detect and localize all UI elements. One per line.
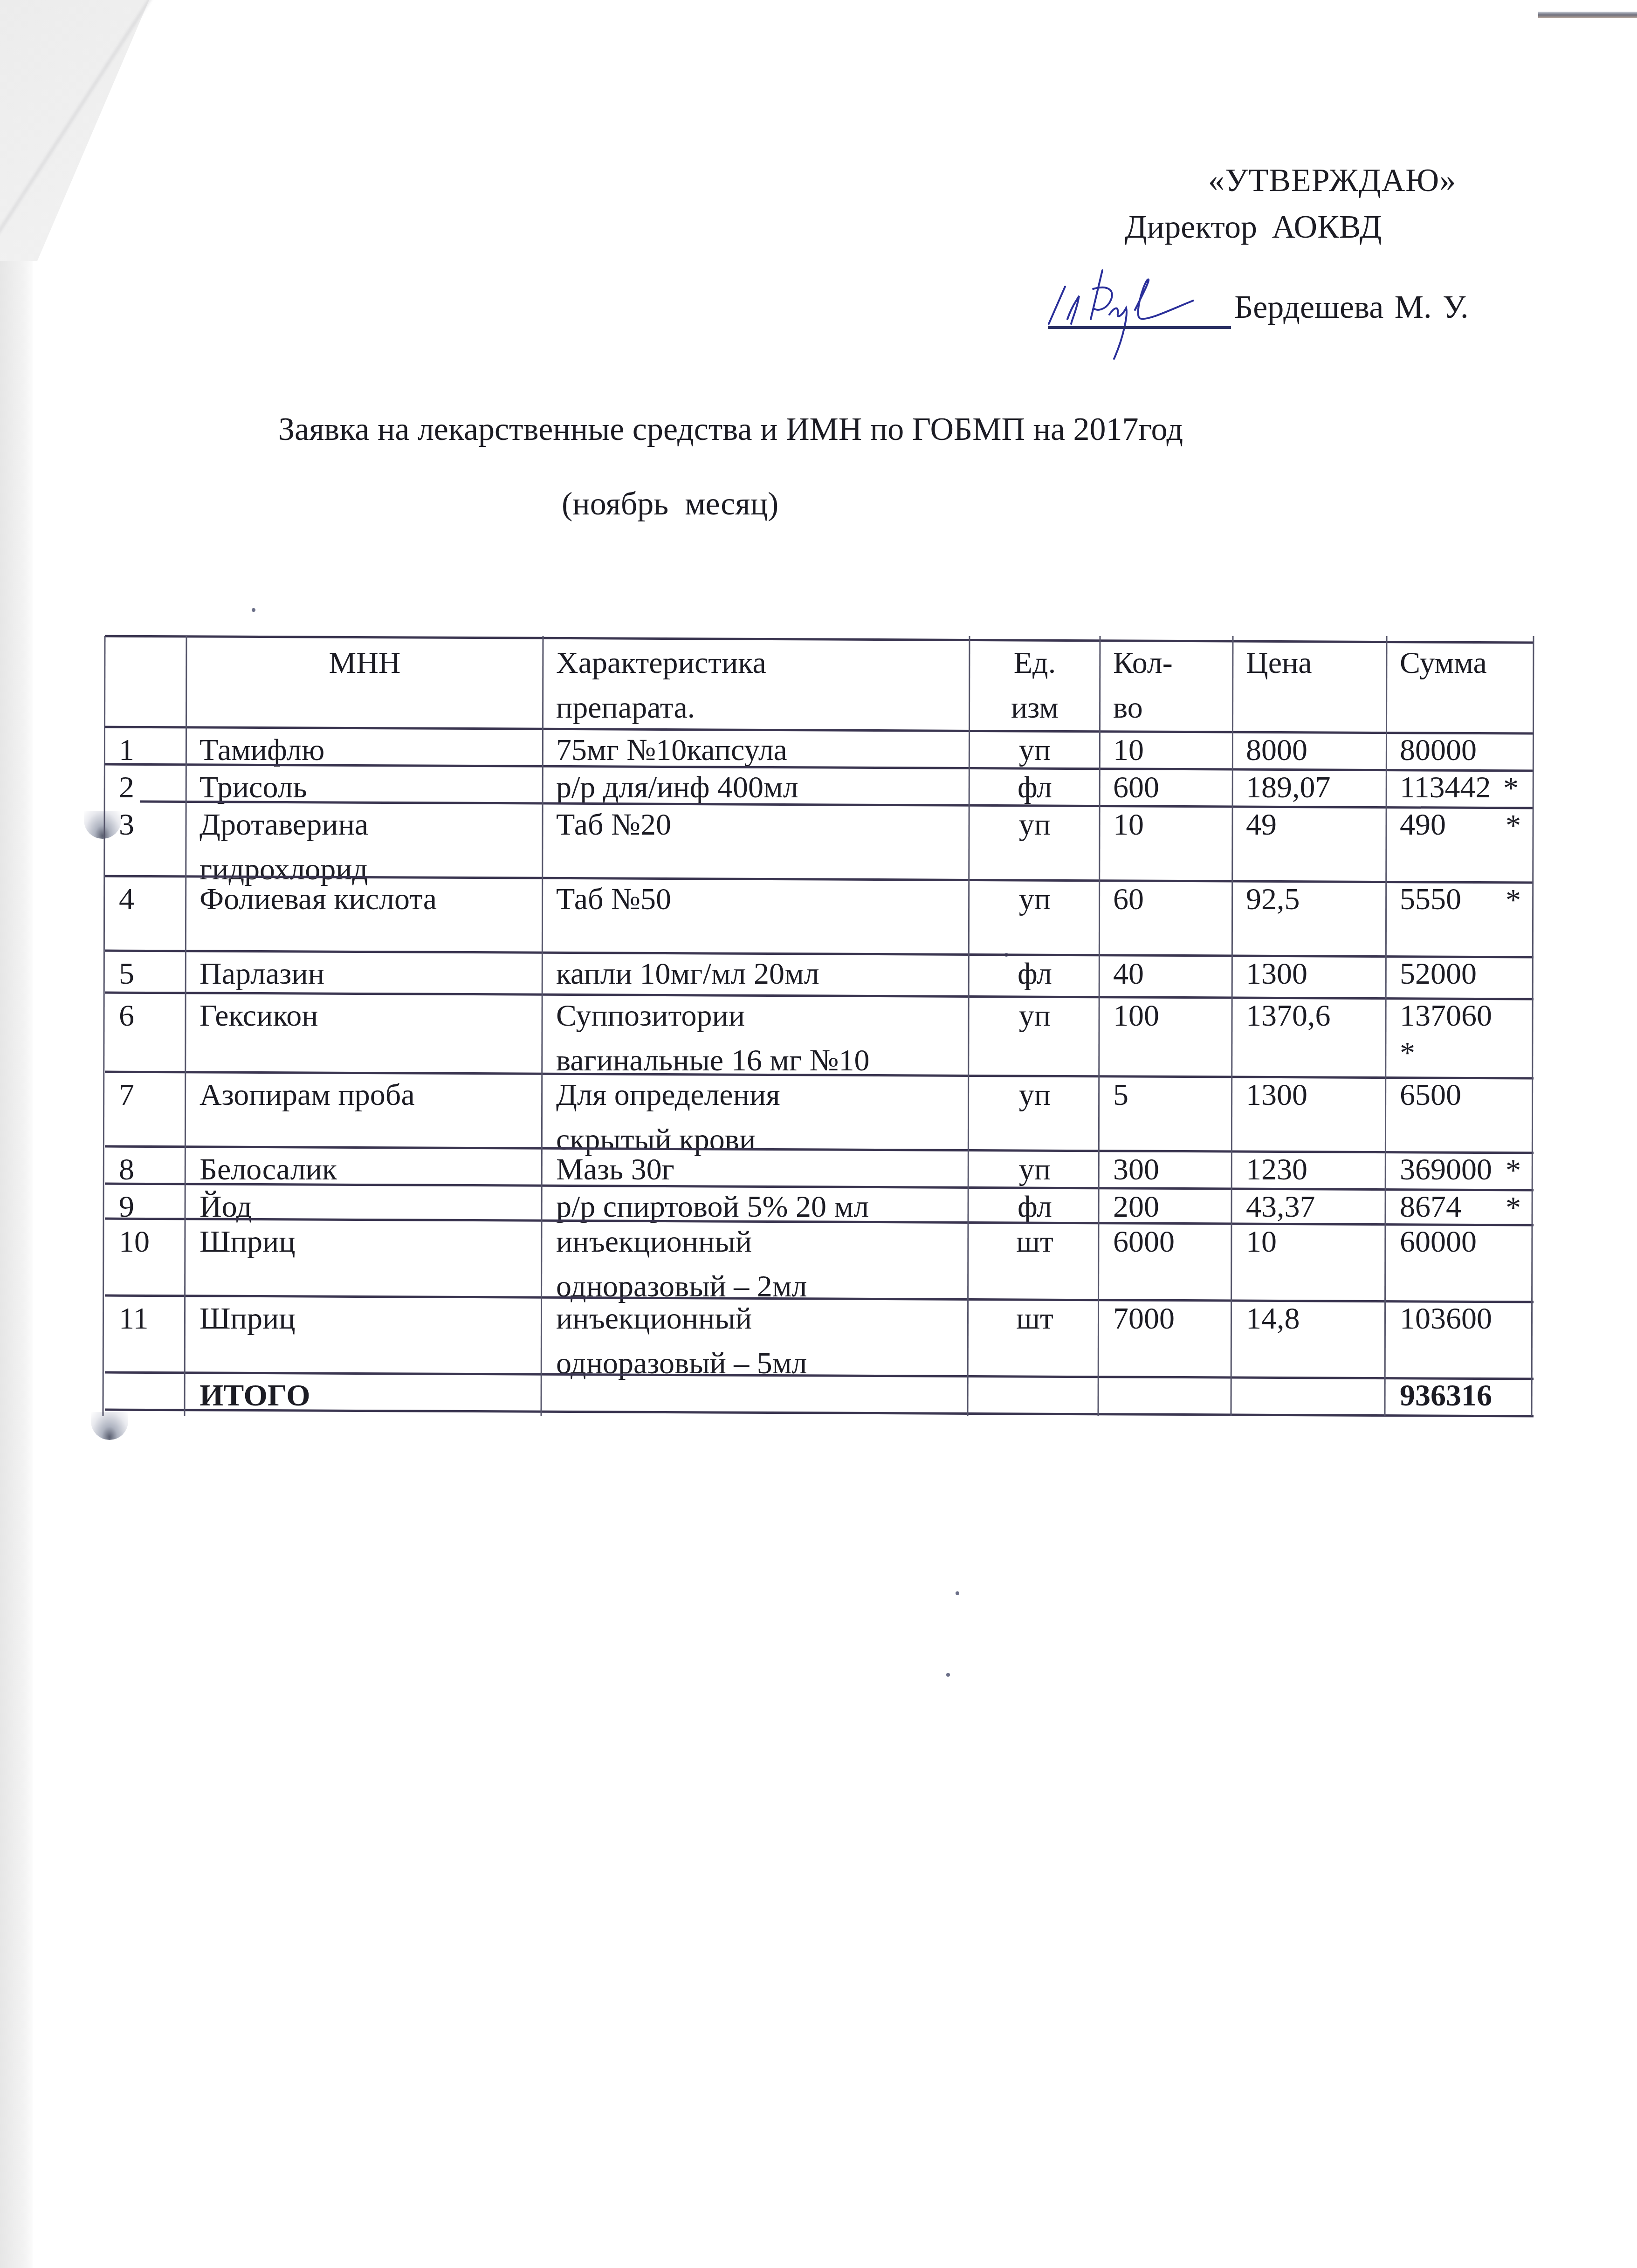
document-title: Заявка на лекарственные средства и ИМН п…: [278, 411, 1183, 448]
cell-price: 1230: [1233, 1147, 1387, 1185]
signature-icon: [1039, 259, 1235, 366]
approver-role: Директор АОКВД: [1125, 209, 1382, 246]
cell-sum: 52000: [1387, 952, 1534, 994]
header-num: [105, 637, 186, 728]
punch-hole: [91, 1412, 128, 1440]
cell-qty: 60: [1100, 877, 1233, 952]
cell-unit: уп: [970, 994, 1100, 1073]
cell-num: 3: [105, 802, 186, 877]
asterisk-mark: *: [1506, 808, 1521, 843]
cell-price: 1370,6: [1233, 994, 1387, 1073]
cell-characteristic: инъекционный одноразовый – 5мл: [543, 1296, 970, 1373]
cell-qty: 6000: [1100, 1220, 1233, 1296]
cell-characteristic: капли 10мг/мл 20мл: [543, 952, 970, 994]
approver-name: Бердешева М. У.: [1234, 289, 1469, 326]
signature-line: [1048, 326, 1231, 329]
approval-stamp: «УТВЕРЖДАЮ»: [1208, 162, 1456, 199]
cell-unit: шт: [970, 1220, 1100, 1296]
asterisk-mark: *: [1506, 1153, 1521, 1188]
cell-characteristic: р/р спиртовой 5% 20 мл: [543, 1185, 970, 1220]
cell-qty: 300: [1100, 1147, 1233, 1185]
cell-num: 2: [105, 765, 186, 802]
total-sum: 936316: [1387, 1373, 1534, 1411]
header-sum: Сумма: [1387, 637, 1534, 728]
cell-price: 189,07: [1233, 765, 1387, 802]
cell-unit: фл: [970, 765, 1100, 802]
cell-mnn: Йод: [186, 1185, 543, 1220]
cell-num: 1: [105, 728, 186, 765]
cell-characteristic: Для определения скрытый крови: [543, 1073, 970, 1147]
header-characteristic: Характеристика препарата.: [543, 637, 970, 728]
cell-mnn: Шприц: [186, 1220, 543, 1296]
header-price: Цена: [1233, 637, 1387, 728]
cell-qty: 100: [1100, 994, 1233, 1073]
document-subtitle: (ноябрь месяц): [562, 486, 778, 523]
cell-price: 1300: [1233, 1073, 1387, 1147]
total-empty: [1233, 1373, 1387, 1411]
cell-unit: фл: [970, 952, 1100, 994]
page-fold-corner: [0, 0, 261, 261]
asterisk-mark: *: [1506, 883, 1521, 918]
cell-price: 10: [1233, 1220, 1387, 1296]
cell-price: 92,5: [1233, 877, 1387, 952]
cell-num: 7: [105, 1073, 186, 1147]
cell-qty: 40: [1100, 952, 1233, 994]
cell-num: 9: [105, 1185, 186, 1220]
scan-margin: [0, 0, 33, 2268]
cell-unit: уп: [970, 802, 1100, 877]
cell-unit: фл: [970, 1185, 1100, 1220]
cell-mnn: Белосалик: [186, 1147, 543, 1185]
scan-speck: [956, 1591, 959, 1595]
cell-qty: 5: [1100, 1073, 1233, 1147]
total-empty: [105, 1373, 186, 1411]
cell-qty: 10: [1100, 802, 1233, 877]
cell-qty: 200: [1100, 1185, 1233, 1220]
scan-speck: [946, 1673, 950, 1677]
cell-characteristic: инъекционный одноразовый – 2мл: [543, 1220, 970, 1296]
cell-unit: уп: [970, 1073, 1100, 1147]
total-empty: [1100, 1373, 1233, 1411]
cell-sum: 60000: [1387, 1220, 1534, 1296]
cell-characteristic: Мазь 30г: [543, 1147, 970, 1185]
cell-characteristic: р/р для/инф 400мл: [543, 765, 970, 802]
cell-characteristic: Таб №50: [543, 877, 970, 952]
header-mnn: МНН: [186, 637, 543, 728]
cell-characteristic: Таб №20: [543, 802, 970, 877]
cell-num: 8: [105, 1147, 186, 1185]
cell-num: 4: [105, 877, 186, 952]
cell-price: 49: [1233, 802, 1387, 877]
cell-mnn: Гексикон: [186, 994, 543, 1073]
cell-characteristic: Суппозитории вагинальные 16 мг №10: [543, 994, 970, 1073]
cell-mnn: Дротаверина гидрохлорид: [186, 802, 543, 877]
cell-price: 8000: [1233, 728, 1387, 765]
cell-unit: уп: [970, 877, 1100, 952]
asterisk-mark: *: [1503, 771, 1519, 806]
cell-mnn: Парлазин: [186, 952, 543, 994]
cell-num: 11: [105, 1296, 186, 1373]
cell-price: 14,8: [1233, 1296, 1387, 1373]
cell-mnn: Шприц: [186, 1296, 543, 1373]
cell-num: 10: [105, 1220, 186, 1296]
asterisk-mark: *: [1400, 1035, 1415, 1071]
cell-qty: 10: [1100, 728, 1233, 765]
cell-price: 43,37: [1233, 1185, 1387, 1220]
cell-num: 5: [105, 952, 186, 994]
header-qty: Кол- во: [1100, 637, 1233, 728]
cell-unit: шт: [970, 1296, 1100, 1373]
header-unit: Ед. изм: [970, 637, 1100, 728]
cell-mnn: Фолиевая кислота: [186, 877, 543, 952]
cell-sum: 6500: [1387, 1073, 1534, 1147]
cell-unit: уп: [970, 1147, 1100, 1185]
cell-unit: уп: [970, 728, 1100, 765]
total-empty: [970, 1373, 1100, 1411]
page-top-edge: [1538, 12, 1637, 18]
cell-mnn: Трисоль: [186, 765, 543, 802]
cell-sum: 80000: [1387, 728, 1534, 765]
total-empty: [543, 1373, 970, 1411]
cell-price: 1300: [1233, 952, 1387, 994]
scan-speck: [252, 608, 255, 612]
cell-sum: 103600: [1387, 1296, 1534, 1373]
total-label: ИТОГО: [186, 1373, 543, 1411]
cell-num: 6: [105, 994, 186, 1073]
cell-qty: 600: [1100, 765, 1233, 802]
cell-characteristic: 75мг №10капсула: [543, 728, 970, 765]
cell-qty: 7000: [1100, 1296, 1233, 1373]
cell-mnn: Азопирам проба: [186, 1073, 543, 1147]
cell-mnn: Тамифлю: [186, 728, 543, 765]
